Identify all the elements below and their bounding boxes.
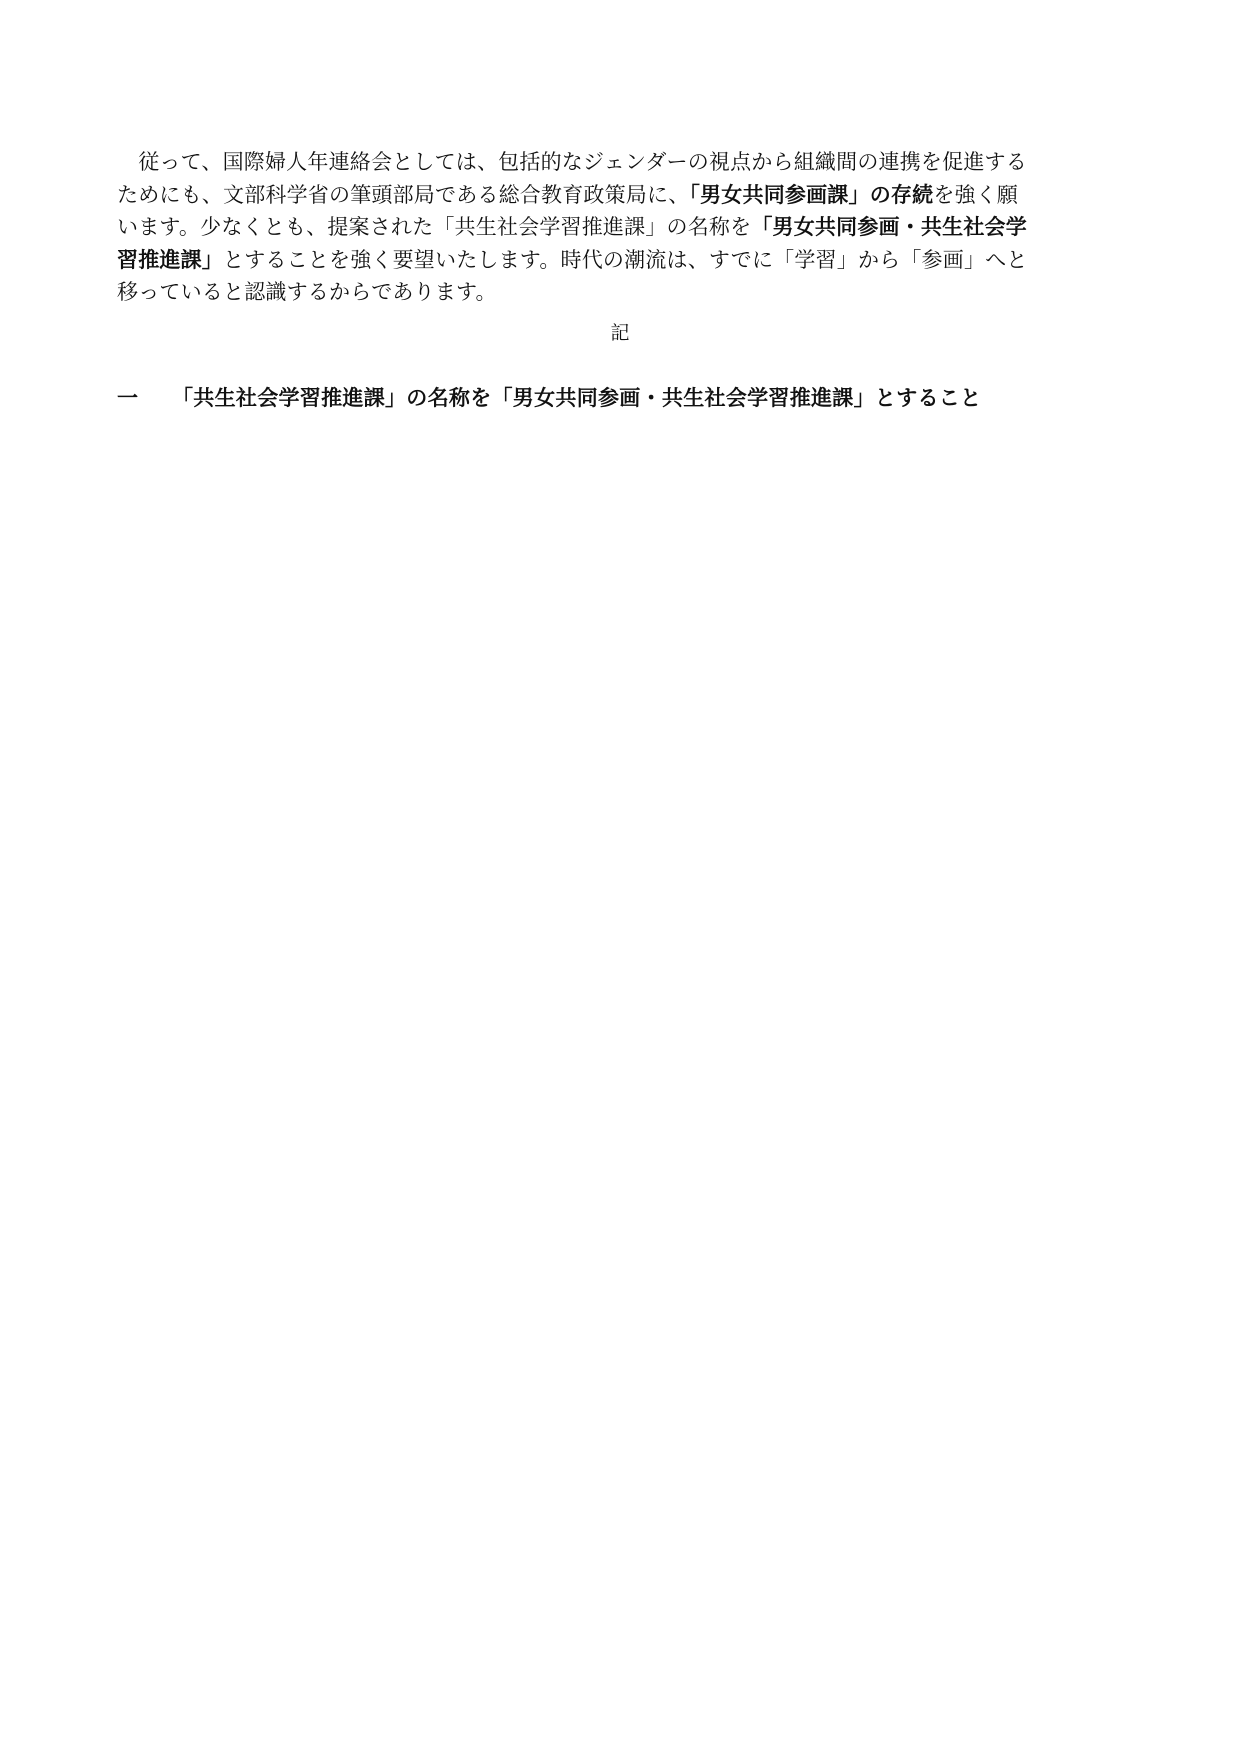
text-run: 従って、国際婦人年連絡会としては、包括的なジェンダーの視点から組織間の連携を促進… — [117, 150, 1027, 174]
text-run: を強く願 — [933, 183, 1018, 207]
paragraph-line: 従って、国際婦人年連絡会としては、包括的なジェンダーの視点から組織間の連携を促進… — [117, 146, 1117, 179]
emphasis-text: 習推進課」 — [117, 248, 223, 272]
item-number: 一 — [117, 382, 172, 412]
request-item: 一「共生社会学習推進課」の名称を「男女共同参画・共生社会学習推進課」とすること — [117, 382, 1127, 412]
body-paragraph: 従って、国際婦人年連絡会としては、包括的なジェンダーの視点から組織間の連携を促進… — [117, 146, 1117, 309]
text-run: とすることを強く要望いたします。時代の潮流は、すでに「学習」から「参画」へと — [223, 248, 1028, 272]
document-page: 従って、国際婦人年連絡会としては、包括的なジェンダーの視点から組織間の連携を促進… — [0, 0, 1240, 1754]
paragraph-line: 習推進課」とすることを強く要望いたします。時代の潮流は、すでに「学習」から「参画… — [117, 244, 1117, 277]
paragraph-line: います。少なくとも、提案された「共生社会学習推進課」の名称を「男女共同参画・共生… — [117, 211, 1117, 244]
text-run: ためにも、文部科学省の筆頭部局である総合教育政策局に、 — [117, 183, 689, 207]
emphasis-text: 「男女共同参画・共生社会学 — [751, 215, 1027, 239]
text-run: 移っていると認識するからであります。 — [117, 280, 497, 304]
text-run: います。少なくとも、提案された「共生社会学習推進課」の名称を — [117, 215, 751, 239]
item-text: 「共生社会学習推進課」の名称を「男女共同参画・共生社会学習推進課」とすること — [172, 386, 981, 410]
ki-heading: 記 — [600, 318, 640, 345]
paragraph-line: ためにも、文部科学省の筆頭部局である総合教育政策局に、「男女共同参画課」の存続を… — [117, 179, 1117, 212]
emphasis-text: 「男女共同参画課」の存続 — [689, 183, 933, 207]
paragraph-line: 移っていると認識するからであります。 — [117, 276, 1117, 309]
